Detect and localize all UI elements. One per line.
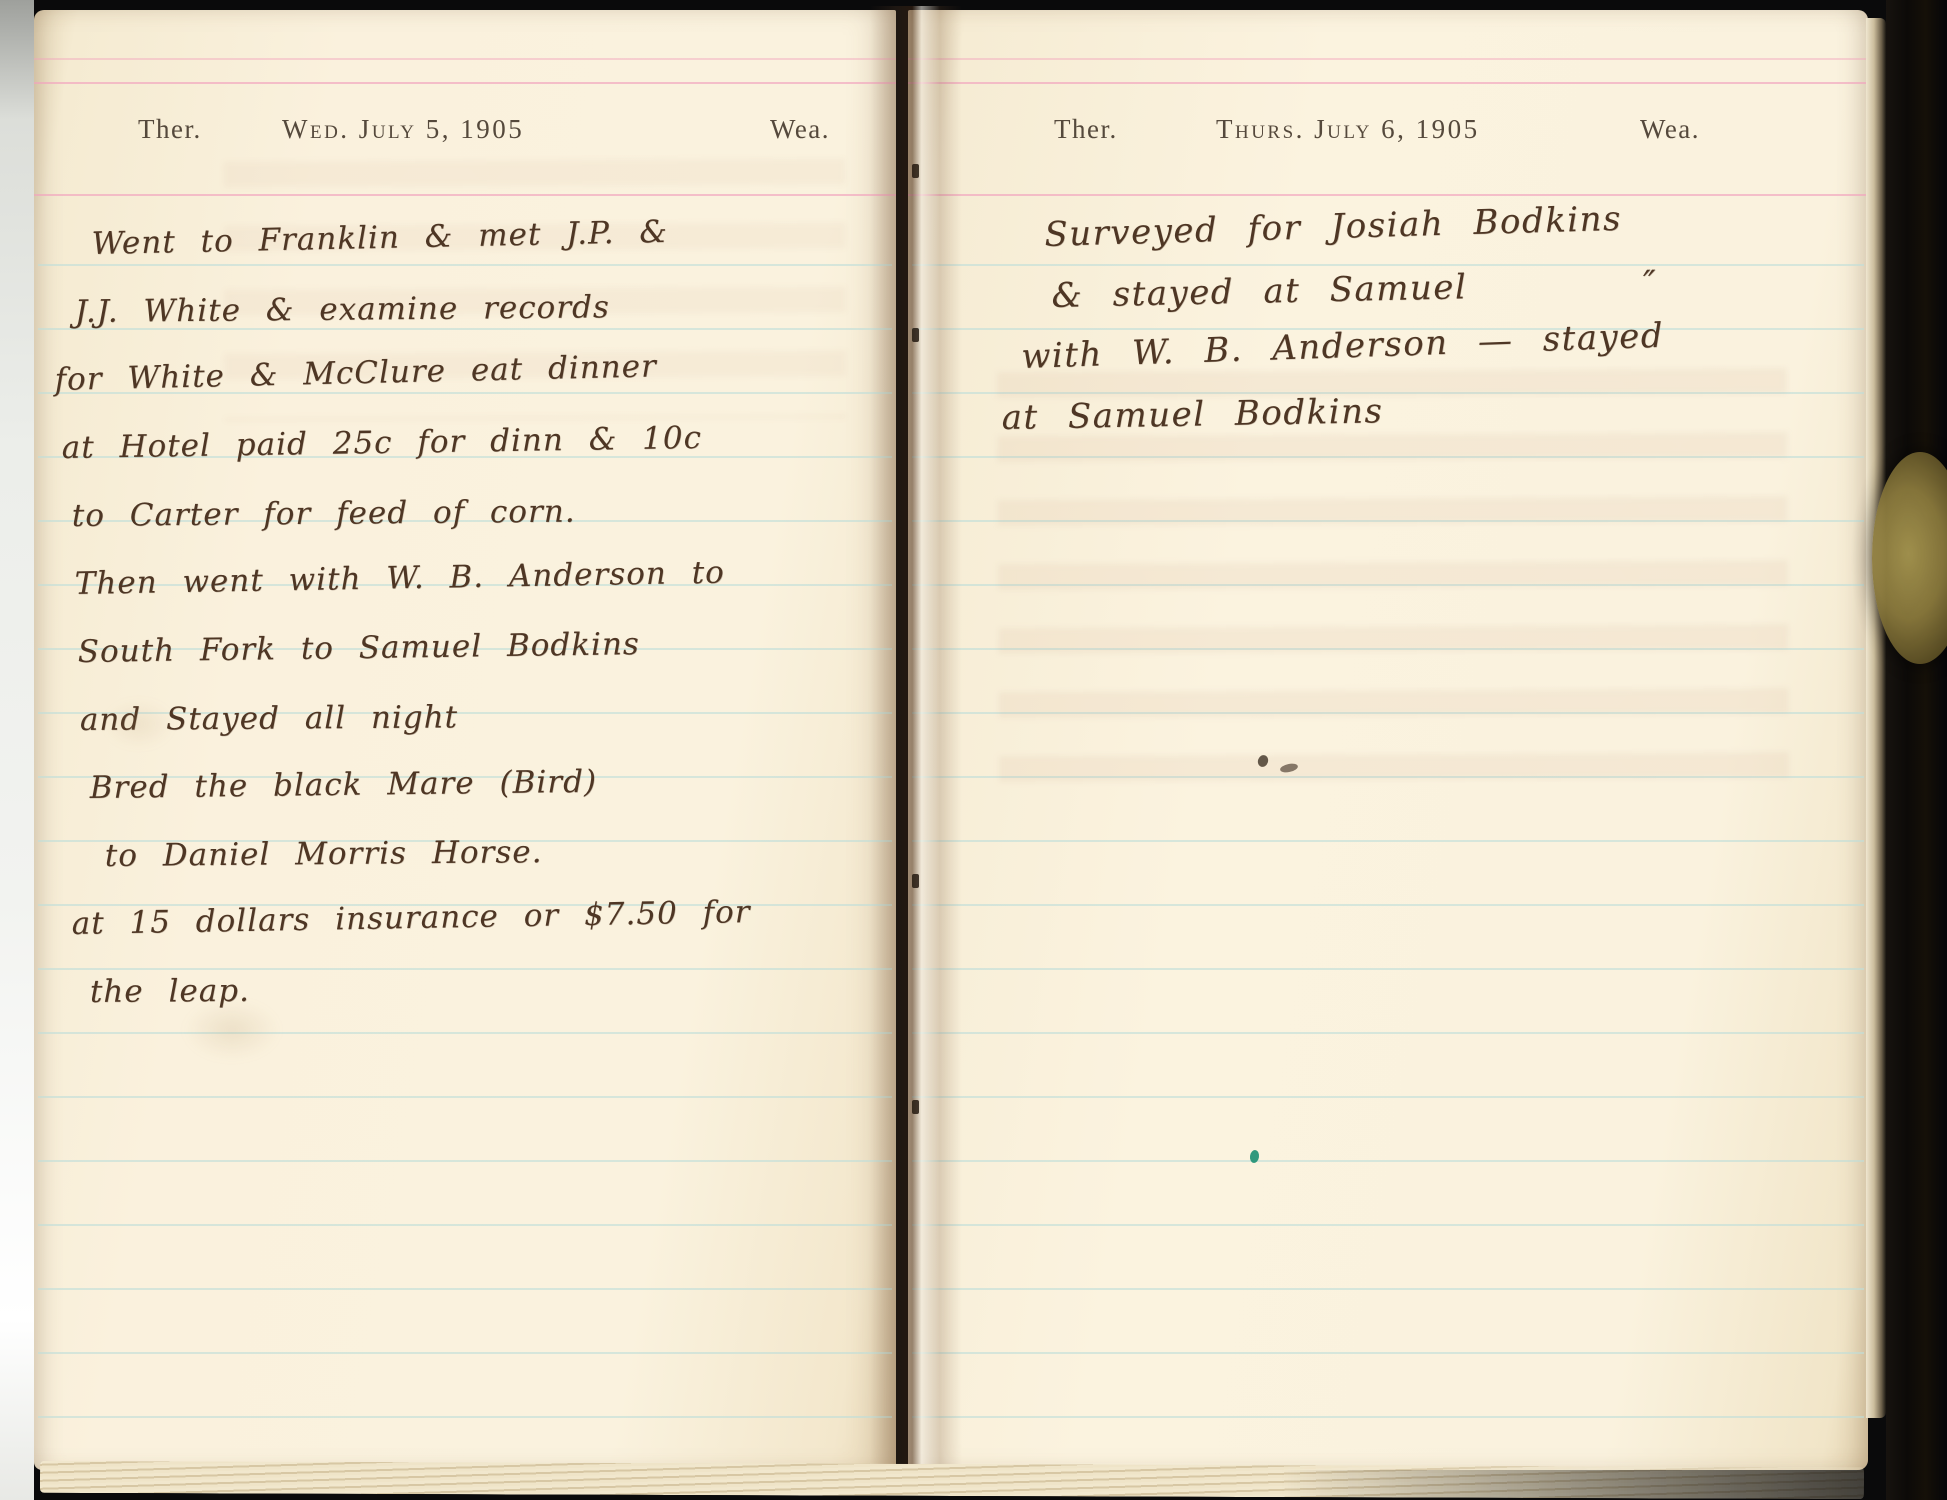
journal-entry-text: J.J. White & examine records [75, 289, 610, 330]
page-stack-right-edge [1866, 18, 1886, 1418]
journal-entry-text: and Stayed all night [80, 699, 458, 738]
wea-label: Wea. [770, 114, 830, 145]
journal-entry-line: for White & McClure eat dinner [55, 334, 896, 402]
diary-scan: Ther. Wed. July 5, 1905 Wea. Went to Fra… [0, 0, 1947, 1500]
margin-rule-pink [908, 194, 1868, 196]
diary-page-right: Ther. Thurs. July 6, 1905 Wea. Surveyed … [908, 10, 1868, 1470]
journal-entry-text: Went to Franklin & met J.P. & [91, 214, 668, 262]
journal-entry-line: at Hotel paid 25c for dinn & 10c [62, 402, 896, 470]
margin-rule-pink [34, 194, 896, 196]
scan-edge-left [0, 0, 34, 1500]
journal-entry-line: Bred the black Mare (Bird) [90, 742, 896, 810]
journal-entry-line: J.J. White & examine records [75, 266, 896, 334]
margin-rule-pink [34, 58, 896, 60]
journal-entry-line: & stayed at Samuel ″ [1052, 259, 1868, 320]
journal-entry-line: at Samuel Bodkins [1002, 381, 1868, 442]
journal-entry-line: at 15 dollars insurance or $7.50 for [72, 878, 896, 946]
journal-entry-line: with W. B. Anderson — stayed [1022, 320, 1868, 381]
journal-entry-text: at 15 dollars insurance or $7.50 for [71, 894, 750, 942]
ther-label: Ther. [1054, 114, 1118, 145]
journal-entry-text: with W. B. Anderson — stayed [1021, 316, 1665, 377]
journal-entry-text: Then went with W. B. Anderson to [74, 555, 725, 602]
ther-label: Ther. [138, 114, 202, 145]
journal-entry-text: South Fork to Samuel Bodkins [77, 626, 640, 670]
journal-entry-text: to Daniel Morris Horse. [105, 834, 543, 874]
journal-entry-line: Went to Franklin & met J.P. & [92, 198, 896, 266]
journal-entry-line: and Stayed all night [80, 674, 896, 742]
journal-entry-text: & stayed at Samuel ″ [1051, 263, 1658, 316]
journal-entry-text: for White & McClure eat dinner [54, 348, 657, 398]
margin-rule-pink [908, 82, 1868, 84]
margin-rule-pink [34, 82, 896, 84]
date-heading: Thurs. July 6, 1905 [1216, 114, 1480, 145]
journal-entry-line: to Daniel Morris Horse. [105, 810, 896, 878]
journal-entry-july-6: Surveyed for Josiah Bodkins & stayed at … [908, 198, 1868, 442]
margin-rule-pink [908, 58, 1868, 60]
page-header-right: Ther. Thurs. July 6, 1905 Wea. [908, 114, 1868, 156]
book-cover-edge [1886, 0, 1947, 1500]
diary-book: Ther. Wed. July 5, 1905 Wea. Went to Fra… [34, 6, 1886, 1498]
journal-entry-text: Bred the black Mare (Bird) [90, 764, 598, 806]
journal-entry-text: at Hotel paid 25c for dinn & 10c [61, 420, 702, 466]
page-stack-bottom-edge [40, 1461, 1864, 1499]
journal-entry-line: South Fork to Samuel Bodkins [78, 606, 896, 674]
journal-entry-july-5: Went to Franklin & met J.P. & J.J. White… [34, 198, 896, 1014]
wea-label: Wea. [1640, 114, 1700, 145]
journal-entry-text: at Samuel Bodkins [1001, 391, 1383, 438]
diary-page-left: Ther. Wed. July 5, 1905 Wea. Went to Fra… [34, 10, 896, 1470]
journal-entry-line: Surveyed for Josiah Bodkins [1045, 198, 1868, 259]
journal-entry-text: Surveyed for Josiah Bodkins [1044, 199, 1623, 255]
journal-entry-text: to Carter for feed of corn. [72, 494, 576, 534]
date-heading: Wed. July 5, 1905 [282, 114, 524, 145]
journal-entry-text: the leap. [90, 973, 250, 1010]
page-header-left: Ther. Wed. July 5, 1905 Wea. [34, 114, 896, 156]
journal-entry-line: Then went with W. B. Anderson to [75, 538, 896, 606]
journal-entry-line: the leap. [90, 946, 896, 1014]
journal-entry-line: to Carter for feed of corn. [72, 470, 896, 538]
